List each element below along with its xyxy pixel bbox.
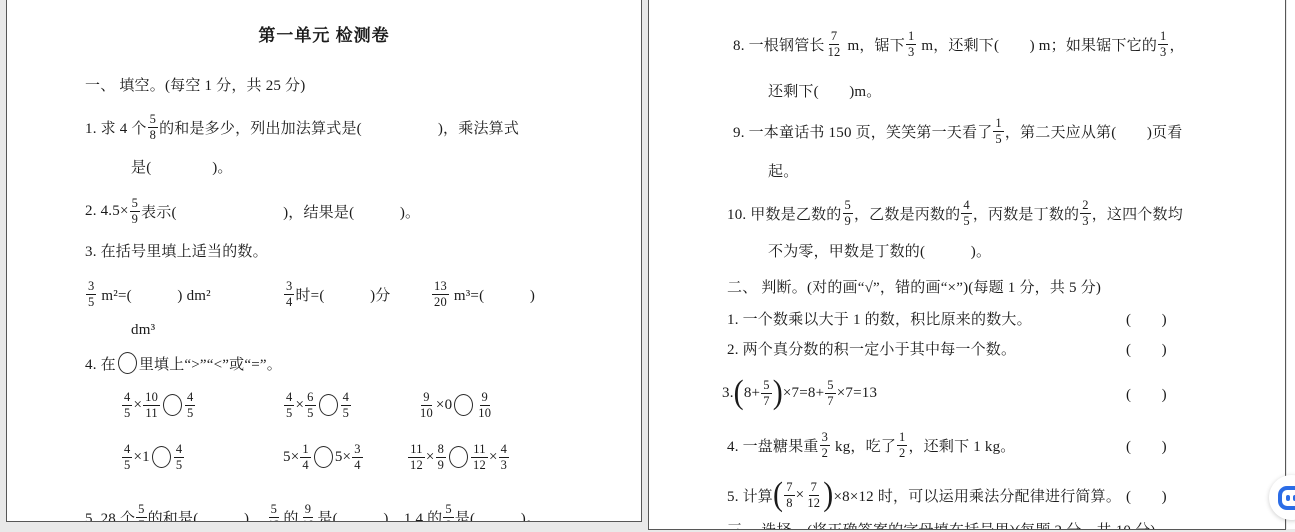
judge-2-answer-blank: ( ) <box>1126 338 1167 358</box>
text-run: 10. 甲数是乙数的 <box>727 203 842 224</box>
text-run: 3. 在括号里填上适当的数。 <box>85 240 268 261</box>
fraction-denominator: 10 <box>300 518 317 523</box>
fraction: 512 <box>265 502 282 522</box>
fraction: 65 <box>305 390 315 420</box>
fraction-denominator: 5 <box>993 132 1003 146</box>
text-run: 9. 一本童话书 150 页，笑笑第一天看了 <box>733 121 992 142</box>
section-2-header: 二、 判断。(对的画“√”，错的画“×”)(每题 1 分，共 5 分) <box>727 276 1101 296</box>
text-run: 的和是多少，列出加法算式是( )，乘法算式 <box>159 117 519 138</box>
fraction-numerator: 3 <box>820 430 830 445</box>
fraction: 1320 <box>432 279 449 309</box>
fraction-denominator: 8 <box>443 518 453 523</box>
fraction-numerator: 8 <box>436 442 446 457</box>
text-run: 还剩下( )m。 <box>768 80 881 101</box>
text-run: 5× <box>283 449 299 466</box>
text-run: 是( )。 <box>131 156 233 177</box>
question-8-line-2: 还剩下( )m。 <box>768 80 881 100</box>
text-run: ×8×12 时，可以运用乘法分配律进行简算。 <box>833 485 1121 506</box>
fraction: 57 <box>761 378 771 408</box>
text-run: 是( )。 <box>455 507 541 523</box>
text-run: 5. 计算 <box>727 485 773 506</box>
text-run: m，还剩下( ) m；如果锯下它的 <box>917 34 1157 55</box>
fraction-numerator: 5 <box>825 378 835 393</box>
text-run: 1. 求 4 个 <box>85 117 147 138</box>
text-run: ×7=13 <box>837 385 877 402</box>
fraction: 89 <box>436 442 446 472</box>
big-parenthesis: ( <box>773 478 783 512</box>
question-4-compare-5: 5×145×34 <box>283 440 364 474</box>
viewer-right-margin <box>1287 0 1295 529</box>
fraction-denominator: 9 <box>436 458 446 472</box>
fraction-denominator: 3 <box>1080 214 1090 228</box>
section-1-header: 一、 填空。(每空 1 分，共 25 分) <box>85 74 305 94</box>
text-run: ，还剩下 1 kg。 <box>908 435 1015 456</box>
fraction-denominator: 5 <box>961 214 971 228</box>
fraction-denominator: 5 <box>86 295 96 309</box>
text-run: × <box>295 397 304 414</box>
fraction-denominator: 10 <box>476 406 493 420</box>
fraction-denominator: 12 <box>408 458 425 472</box>
fraction: 910 <box>418 390 435 420</box>
question-3-item-c-unit: dm³ <box>131 320 155 340</box>
fraction: 34 <box>284 279 294 309</box>
text-run: 4. 在 <box>85 353 116 374</box>
fraction-denominator: 5 <box>174 458 184 472</box>
fraction-numerator: 1 <box>897 430 907 445</box>
judge-4: 4. 一盘糖果重32 kg，吃了12，还剩下 1 kg。 <box>727 428 1015 462</box>
text-run: × <box>133 397 142 414</box>
fraction: 14 <box>300 442 310 472</box>
question-3-header: 3. 在括号里填上适当的数。 <box>85 240 268 260</box>
fraction: 45 <box>122 390 132 420</box>
text-run: m²=( ) dm² <box>97 284 210 305</box>
fraction-numerator: 4 <box>185 390 195 405</box>
fraction-denominator: 3 <box>1158 45 1168 59</box>
compare-answer-circle <box>314 446 333 468</box>
fraction: 78 <box>784 480 794 510</box>
exam-page-2: 8. 一根钢管长712 m，锯下13 m，还剩下( ) m；如果锯下它的13， … <box>648 0 1286 530</box>
compare-answer-circle <box>449 446 468 468</box>
judge-5-answer-blank: ( ) <box>1126 485 1167 505</box>
fraction-numerator: 7 <box>809 480 819 495</box>
fraction-denominator: 10 <box>418 406 435 420</box>
fraction-denominator: 4 <box>284 295 294 309</box>
fraction: 13 <box>1158 29 1168 59</box>
text-run: 的 <box>283 507 298 523</box>
fraction-denominator: 12 <box>471 458 488 472</box>
question-3-item-b: 34时=( )分 <box>283 277 391 311</box>
judge-1-answer-blank: ( ) <box>1126 308 1167 328</box>
fraction: 1112 <box>471 442 488 472</box>
fraction-numerator: 4 <box>499 442 509 457</box>
page-title: 第一单元 检测卷 <box>7 22 641 44</box>
fraction-denominator: 5 <box>341 406 351 420</box>
text-run: ，乙数是丙数的 <box>854 203 960 224</box>
fraction-numerator: 9 <box>303 502 313 517</box>
judge-4-answer-blank: ( ) <box>1126 435 1167 455</box>
fraction-numerator: 5 <box>443 502 453 517</box>
fraction: 58 <box>148 112 158 142</box>
fraction-denominator: 5 <box>122 458 132 472</box>
fraction-denominator: 12 <box>826 45 843 59</box>
fraction-denominator: 7 <box>761 394 771 408</box>
fraction-numerator: 1 <box>1158 29 1168 44</box>
text-run: ×1 <box>133 449 149 466</box>
fraction: 32 <box>820 430 830 460</box>
question-5: 5. 28 个57的和是( )，512的910是( )，1.4 的58是( )。 <box>85 500 541 522</box>
question-9-line-2: 起。 <box>768 160 798 180</box>
fraction-numerator: 3 <box>352 442 362 457</box>
fraction: 712 <box>826 29 843 59</box>
fraction: 45 <box>185 390 195 420</box>
fraction: 57 <box>825 378 835 408</box>
text-run: × <box>796 487 805 504</box>
text-run: ，这四个数均 <box>1092 203 1183 224</box>
compare-answer-circle <box>118 352 137 374</box>
fraction: 45 <box>341 390 351 420</box>
fraction-denominator: 5 <box>122 406 132 420</box>
fraction: 45 <box>174 442 184 472</box>
exam-page-1: 第一单元 检测卷 一、 填空。(每空 1 分，共 25 分) 1. 求 4 个5… <box>6 0 642 522</box>
question-2: 2. 4.5×59表示( )，结果是( )。 <box>85 194 420 228</box>
question-9-line-1: 9. 一本童话书 150 页，笑笑第一天看了15，第二天应从第( )页看 <box>733 114 1182 148</box>
fraction: 23 <box>1080 198 1090 228</box>
compare-answer-circle <box>454 394 473 416</box>
fraction-numerator: 4 <box>284 390 294 405</box>
fraction-numerator: 5 <box>269 502 279 517</box>
fraction-denominator: 8 <box>148 128 158 142</box>
fraction-numerator: 11 <box>471 442 487 457</box>
question-3-item-a: 35 m²=( ) dm² <box>85 277 211 311</box>
assistant-robot-face-icon <box>1278 486 1295 510</box>
big-parenthesis: ( <box>734 376 744 410</box>
text-run: 2. 两个真分数的积一定小于其中每一个数。 <box>727 338 1016 359</box>
fraction-denominator: 2 <box>897 446 907 460</box>
big-parenthesis: ) <box>773 376 783 410</box>
question-4-compare-4: 45×145 <box>121 440 185 474</box>
text-run: 不为零，甲数是丁数的( )。 <box>768 240 991 261</box>
fraction: 45 <box>122 442 132 472</box>
question-4-compare-6: 1112×891112×43 <box>407 440 510 474</box>
text-run: 三、 选择。(将正确答案的字母填在括号里)(每题 2 分，共 10 分) <box>727 519 1155 531</box>
fraction-denominator: 9 <box>130 212 140 226</box>
text-run: 5. 28 个 <box>85 507 135 523</box>
text-run: 5× <box>335 449 351 466</box>
fraction-denominator: 5 <box>185 406 195 420</box>
fraction-numerator: 9 <box>480 390 490 405</box>
judge-5: 5. 计算(78×712)×8×12 时，可以运用乘法分配律进行简算。 <box>727 478 1121 512</box>
text-run: × <box>426 449 435 466</box>
judge-2: 2. 两个真分数的积一定小于其中每一个数。 <box>727 338 1016 358</box>
question-4-compare-3: 910×0910 <box>417 388 494 422</box>
fraction: 13 <box>906 29 916 59</box>
fraction-denominator: 11 <box>143 406 159 420</box>
compare-answer-circle <box>152 446 171 468</box>
text-run: ，丙数是丁数的 <box>973 203 1079 224</box>
fraction: 1112 <box>408 442 425 472</box>
compare-answer-circle <box>319 394 338 416</box>
fraction-denominator: 4 <box>300 458 310 472</box>
fraction-denominator: 12 <box>265 518 282 523</box>
question-4-compare-1: 45×101145 <box>121 388 196 422</box>
fraction: 45 <box>284 390 294 420</box>
question-1-line-2: 是( )。 <box>131 156 233 176</box>
fraction-denominator: 3 <box>906 45 916 59</box>
fraction: 35 <box>86 279 96 309</box>
fraction-numerator: 7 <box>829 29 839 44</box>
text-run: ×0 <box>436 397 452 414</box>
fraction-numerator: 4 <box>122 442 132 457</box>
text-run: ，第二天应从第( )页看 <box>1005 121 1183 142</box>
fraction: 58 <box>443 502 453 522</box>
fraction-numerator: 5 <box>130 196 140 211</box>
text-run: kg，吃了 <box>831 435 896 456</box>
fraction: 45 <box>961 198 971 228</box>
fraction-denominator: 7 <box>136 518 146 523</box>
text-run: 时=( )分 <box>295 284 390 305</box>
text-run: ×7=8+ <box>783 385 824 402</box>
text-run: ， <box>1169 34 1184 55</box>
question-3-item-c: 1320 m³=( ) <box>431 277 535 311</box>
fraction: 1011 <box>143 390 160 420</box>
text-run: 3. <box>722 385 734 402</box>
fraction-numerator: 4 <box>341 390 351 405</box>
text-run: × <box>489 449 498 466</box>
fraction-denominator: 8 <box>784 496 794 510</box>
text-run: 里填上“>”“<”或“=”。 <box>139 353 282 374</box>
fraction-numerator: 5 <box>843 198 853 213</box>
text-run: dm³ <box>131 322 155 339</box>
text-run: 表示( )，结果是( )。 <box>141 201 420 222</box>
fraction-numerator: 1 <box>906 29 916 44</box>
fraction-numerator: 4 <box>961 198 971 213</box>
fraction-numerator: 4 <box>122 390 132 405</box>
question-10-line-1: 10. 甲数是乙数的59，乙数是丙数的45，丙数是丁数的23，这四个数均 <box>727 196 1183 230</box>
text-run: 8+ <box>744 385 760 402</box>
fraction-numerator: 2 <box>1080 198 1090 213</box>
text-run: 4. 一盘糖果重 <box>727 435 819 456</box>
assistant-icon-left-eye <box>1286 495 1290 501</box>
fraction-numerator: 7 <box>784 480 794 495</box>
fraction-numerator: 6 <box>305 390 315 405</box>
fraction: 15 <box>993 116 1003 146</box>
fraction-denominator: 7 <box>825 394 835 408</box>
fraction: 910 <box>300 502 317 522</box>
fraction-denominator: 5 <box>305 406 315 420</box>
fraction-numerator: 5 <box>136 502 146 517</box>
question-8-line-1: 8. 一根钢管长712 m，锯下13 m，还剩下( ) m；如果锯下它的13， <box>733 27 1185 61</box>
fraction-numerator: 11 <box>408 442 424 457</box>
section-3-header-clipped: 三、 选择。(将正确答案的字母填在括号里)(每题 2 分，共 10 分) <box>727 519 1155 530</box>
fraction-numerator: 1 <box>993 116 1003 131</box>
fraction: 57 <box>136 502 146 522</box>
text-run: 1. 一个数乘以大于 1 的数，积比原来的数大。 <box>727 308 1032 329</box>
fraction-denominator: 5 <box>284 406 294 420</box>
fraction-numerator: 5 <box>148 112 158 127</box>
fraction-numerator: 5 <box>761 378 771 393</box>
fraction-denominator: 3 <box>499 458 509 472</box>
fraction-numerator: 3 <box>86 279 96 294</box>
text-run: 2. 4.5× <box>85 203 129 220</box>
text-run: m，锯下 <box>844 34 905 55</box>
text-run: 8. 一根钢管长 <box>733 34 825 55</box>
text-run: m³=( ) <box>450 284 535 305</box>
big-parenthesis: ) <box>823 478 833 512</box>
question-1-line-1: 1. 求 4 个58的和是多少，列出加法算式是( )，乘法算式 <box>85 110 519 144</box>
fraction: 12 <box>897 430 907 460</box>
fraction-denominator: 4 <box>352 458 362 472</box>
fraction-numerator: 3 <box>284 279 294 294</box>
fraction: 59 <box>130 196 140 226</box>
fraction-numerator: 4 <box>174 442 184 457</box>
text-run: 是( )，1.4 的 <box>317 507 442 523</box>
fraction-numerator: 9 <box>421 390 431 405</box>
fraction-denominator: 2 <box>820 446 830 460</box>
question-4-header: 4. 在里填上“>”“<”或“=”。 <box>85 350 282 376</box>
text-run: 一、 填空。(每空 1 分，共 25 分) <box>85 74 305 95</box>
text-run: 起。 <box>768 160 798 181</box>
text-run: 二、 判断。(对的画“√”，错的画“×”)(每题 1 分，共 5 分) <box>727 276 1101 297</box>
compare-answer-circle <box>163 394 182 416</box>
fraction: 910 <box>476 390 493 420</box>
question-10-line-2: 不为零，甲数是丁数的( )。 <box>768 240 991 260</box>
judge-1: 1. 一个数乘以大于 1 的数，积比原来的数大。 <box>727 308 1032 328</box>
text-run: 的和是( )， <box>148 507 265 523</box>
fraction-numerator: 13 <box>432 279 449 294</box>
fraction-denominator: 20 <box>432 295 449 309</box>
question-4-compare-2: 45×6545 <box>283 388 352 422</box>
judge-3-answer-blank: ( ) <box>1126 383 1167 403</box>
fraction: 43 <box>499 442 509 472</box>
fraction-denominator: 9 <box>843 214 853 228</box>
fraction: 59 <box>843 198 853 228</box>
fraction-numerator: 1 <box>300 442 310 457</box>
fraction: 712 <box>805 480 822 510</box>
fraction-numerator: 10 <box>143 390 160 405</box>
judge-3: 3.(8+57)×7=8+57×7=13 <box>722 376 877 410</box>
fraction-denominator: 12 <box>805 496 822 510</box>
fraction: 34 <box>352 442 362 472</box>
